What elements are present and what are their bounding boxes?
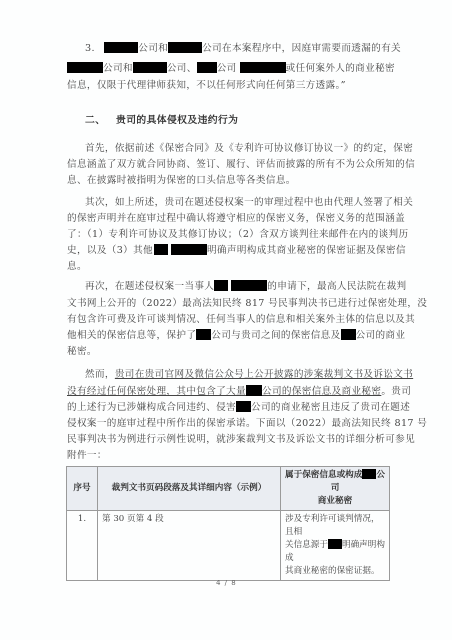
text: 商业秘密 — [318, 496, 352, 506]
text: 公司和 — [103, 63, 133, 74]
text: 的申请下，最高人民法院在裁判 — [267, 281, 406, 292]
redaction-box — [236, 401, 251, 412]
redaction-box — [104, 42, 138, 53]
para4-line5: 民事判决书为例进行示例性说明，就涉案裁判文书及诉讼文书的详细分析可参见 — [67, 433, 389, 446]
para1-line1: 首先，依据前述《保密合同》及《专利许可协议修订协议一》的约定，保密 — [85, 142, 407, 155]
cell-classification: 涉及专利许可谈判情况，且相 关信息源于明确声明构成 其商业秘密的保密证据。 — [281, 511, 390, 581]
redaction-box — [197, 62, 217, 73]
para2-line3: 了：（1）专利许可协议及其修订协议；（2）含双方谈判往来邮件在内的谈判历 — [67, 228, 389, 241]
text: 然而， — [85, 369, 115, 380]
clause3-line2: 公司和公司、公司或任何案外人的商业秘密 — [67, 62, 389, 75]
table-header-row: 序号 裁判文书页码段落及其详细内容（示例） 属于保密信息或构成公司 商业秘密 — [67, 467, 390, 511]
section-title: 贵司的具体侵权及违约行为 — [116, 112, 238, 126]
redaction-box — [154, 244, 168, 255]
section-number: 二、 — [85, 112, 105, 126]
clause-number: 3. — [85, 43, 95, 54]
redaction-box — [133, 62, 167, 73]
text: 公司在本案程序中，因庭审需要而透漏的有关 — [202, 43, 401, 54]
redaction-box — [341, 329, 356, 340]
text: 关信息源于 — [285, 540, 328, 550]
para3-line1: 再次，在题述侵权案一当事人的申请下，最高人民法院在裁判 — [85, 280, 407, 293]
text: 公司与贵司之间的保密信息及 — [211, 330, 340, 341]
text: 史，以及（3）其他 — [67, 245, 153, 256]
redaction-box — [246, 385, 262, 396]
clause3-line3: 信息，仅限于代理律师获知，不以任何形式向任何第三方透露。” — [67, 79, 389, 92]
text: 属于保密信息或构成 — [285, 470, 362, 480]
para2-line1: 其次，如上所述，贵司在题述侵权案一的审理过程中也由代理人签署了相关 — [85, 196, 407, 209]
underlined-text: 公司的保密信息及商业秘密 — [262, 386, 381, 397]
header-location: 裁判文书页码段落及其详细内容（示例） — [98, 467, 281, 511]
text: 再次，在题述侵权案一当事人 — [85, 281, 214, 292]
redaction-box — [214, 280, 228, 291]
text: 公司和 — [138, 43, 168, 54]
evidence-table: 序号 裁判文书页码段落及其详细内容（示例） 属于保密信息或构成公司 商业秘密 1… — [66, 466, 390, 581]
text: 他相关的保密信息等，保护了 — [67, 330, 196, 341]
underlined-text: 没有经过任何保密处理，其中包含了大量 — [67, 386, 246, 397]
text: 其商业秘密的保密证据。 — [285, 566, 380, 576]
redaction-box — [240, 62, 286, 73]
text: 明确声明构成其商业秘密的保密证据及保密信 — [207, 245, 406, 256]
text: 或任何案外人的商业秘密 — [286, 63, 395, 74]
para2-line5: 息。 — [67, 260, 389, 273]
redaction-box — [362, 469, 376, 479]
para2-line2: 的保密声明并在庭审过程中确认将遵守相应的保密义务，保密义务的范围涵盖 — [67, 212, 389, 225]
para4-line1: 然而，贵司在贵司官网及微信公众号上公开披露的涉案裁判文书及诉讼文书 — [85, 368, 407, 381]
redaction-box — [196, 329, 211, 340]
para4-line3: 的上述行为已涉嫌构成合同违约、侵害公司的商业秘密且违反了贵司在题述 — [67, 401, 389, 414]
para4-line4: 侵权案一的庭审过程中所作出的保密承诺。下面以（2022）最高法知民终 817 号 — [67, 417, 389, 430]
para1-line2: 信息涵盖了双方就合同协商、签订、履行、评估而披露的所有不为公众所知的信 — [67, 158, 389, 171]
para2-line4: 史，以及（3）其他明确声明构成其商业秘密的保密证据及保密信 — [67, 244, 389, 257]
header-seq: 序号 — [67, 467, 98, 511]
text: 公司的商业秘密且违反了贵司在题述 — [251, 402, 410, 413]
para3-line2: 文书网上公开的（2022）最高法知民终 817 号民事判决书已进行过保密处理，没 — [67, 297, 389, 310]
para4-line2: 没有经过任何保密处理，其中包含了大量公司的保密信息及商业秘密。贵司 — [67, 385, 389, 398]
text: 。贵司 — [381, 386, 411, 397]
redaction-box — [168, 42, 202, 53]
redaction-box — [231, 280, 267, 291]
redaction-box — [67, 62, 103, 73]
page-number: 4 / 8 — [216, 579, 237, 587]
para1-line3: 息、在披露时被指明为保密的口头信息等各类信息。 — [67, 174, 389, 187]
redaction-box — [171, 244, 207, 255]
text: 公司、 — [167, 63, 197, 74]
clause3-line1: 3. 公司和公司在本案程序中，因庭审需要而透漏的有关 — [85, 42, 407, 55]
para4-line6: 附件一： — [67, 449, 389, 462]
text: 公司的商业 — [356, 330, 406, 341]
text: 公司 — [217, 63, 237, 74]
table-row: 1. 第 30 页第 4 段 涉及专利许可谈判情况，且相 关信息源于明确声明构成… — [67, 511, 390, 581]
para3-line4: 他相关的保密信息等，保护了公司与贵司之间的保密信息及公司的商业 — [67, 329, 389, 342]
para3-line5: 秘密。 — [67, 345, 389, 358]
underlined-text: 贵司在贵司官网及微信公众号上公开披露的涉案裁判文书及诉讼文书 — [115, 369, 413, 380]
cell-location: 第 30 页第 4 段 — [98, 511, 281, 581]
para3-line3: 有包含许可费及许可谈判情况、任何当事人的信息和相关案外主体的信息以及其 — [67, 313, 389, 326]
text: 的上述行为已涉嫌构成合同违约、侵害 — [67, 402, 236, 413]
header-classification: 属于保密信息或构成公司 商业秘密 — [281, 467, 390, 511]
cell-seq: 1. — [67, 511, 98, 581]
redaction-box — [328, 539, 342, 549]
text: 涉及专利许可谈判情况，且相 — [285, 514, 380, 537]
document-page: 3. 公司和公司在本案程序中，因庭审需要而透漏的有关 公司和公司、公司或任何案外… — [0, 0, 452, 640]
